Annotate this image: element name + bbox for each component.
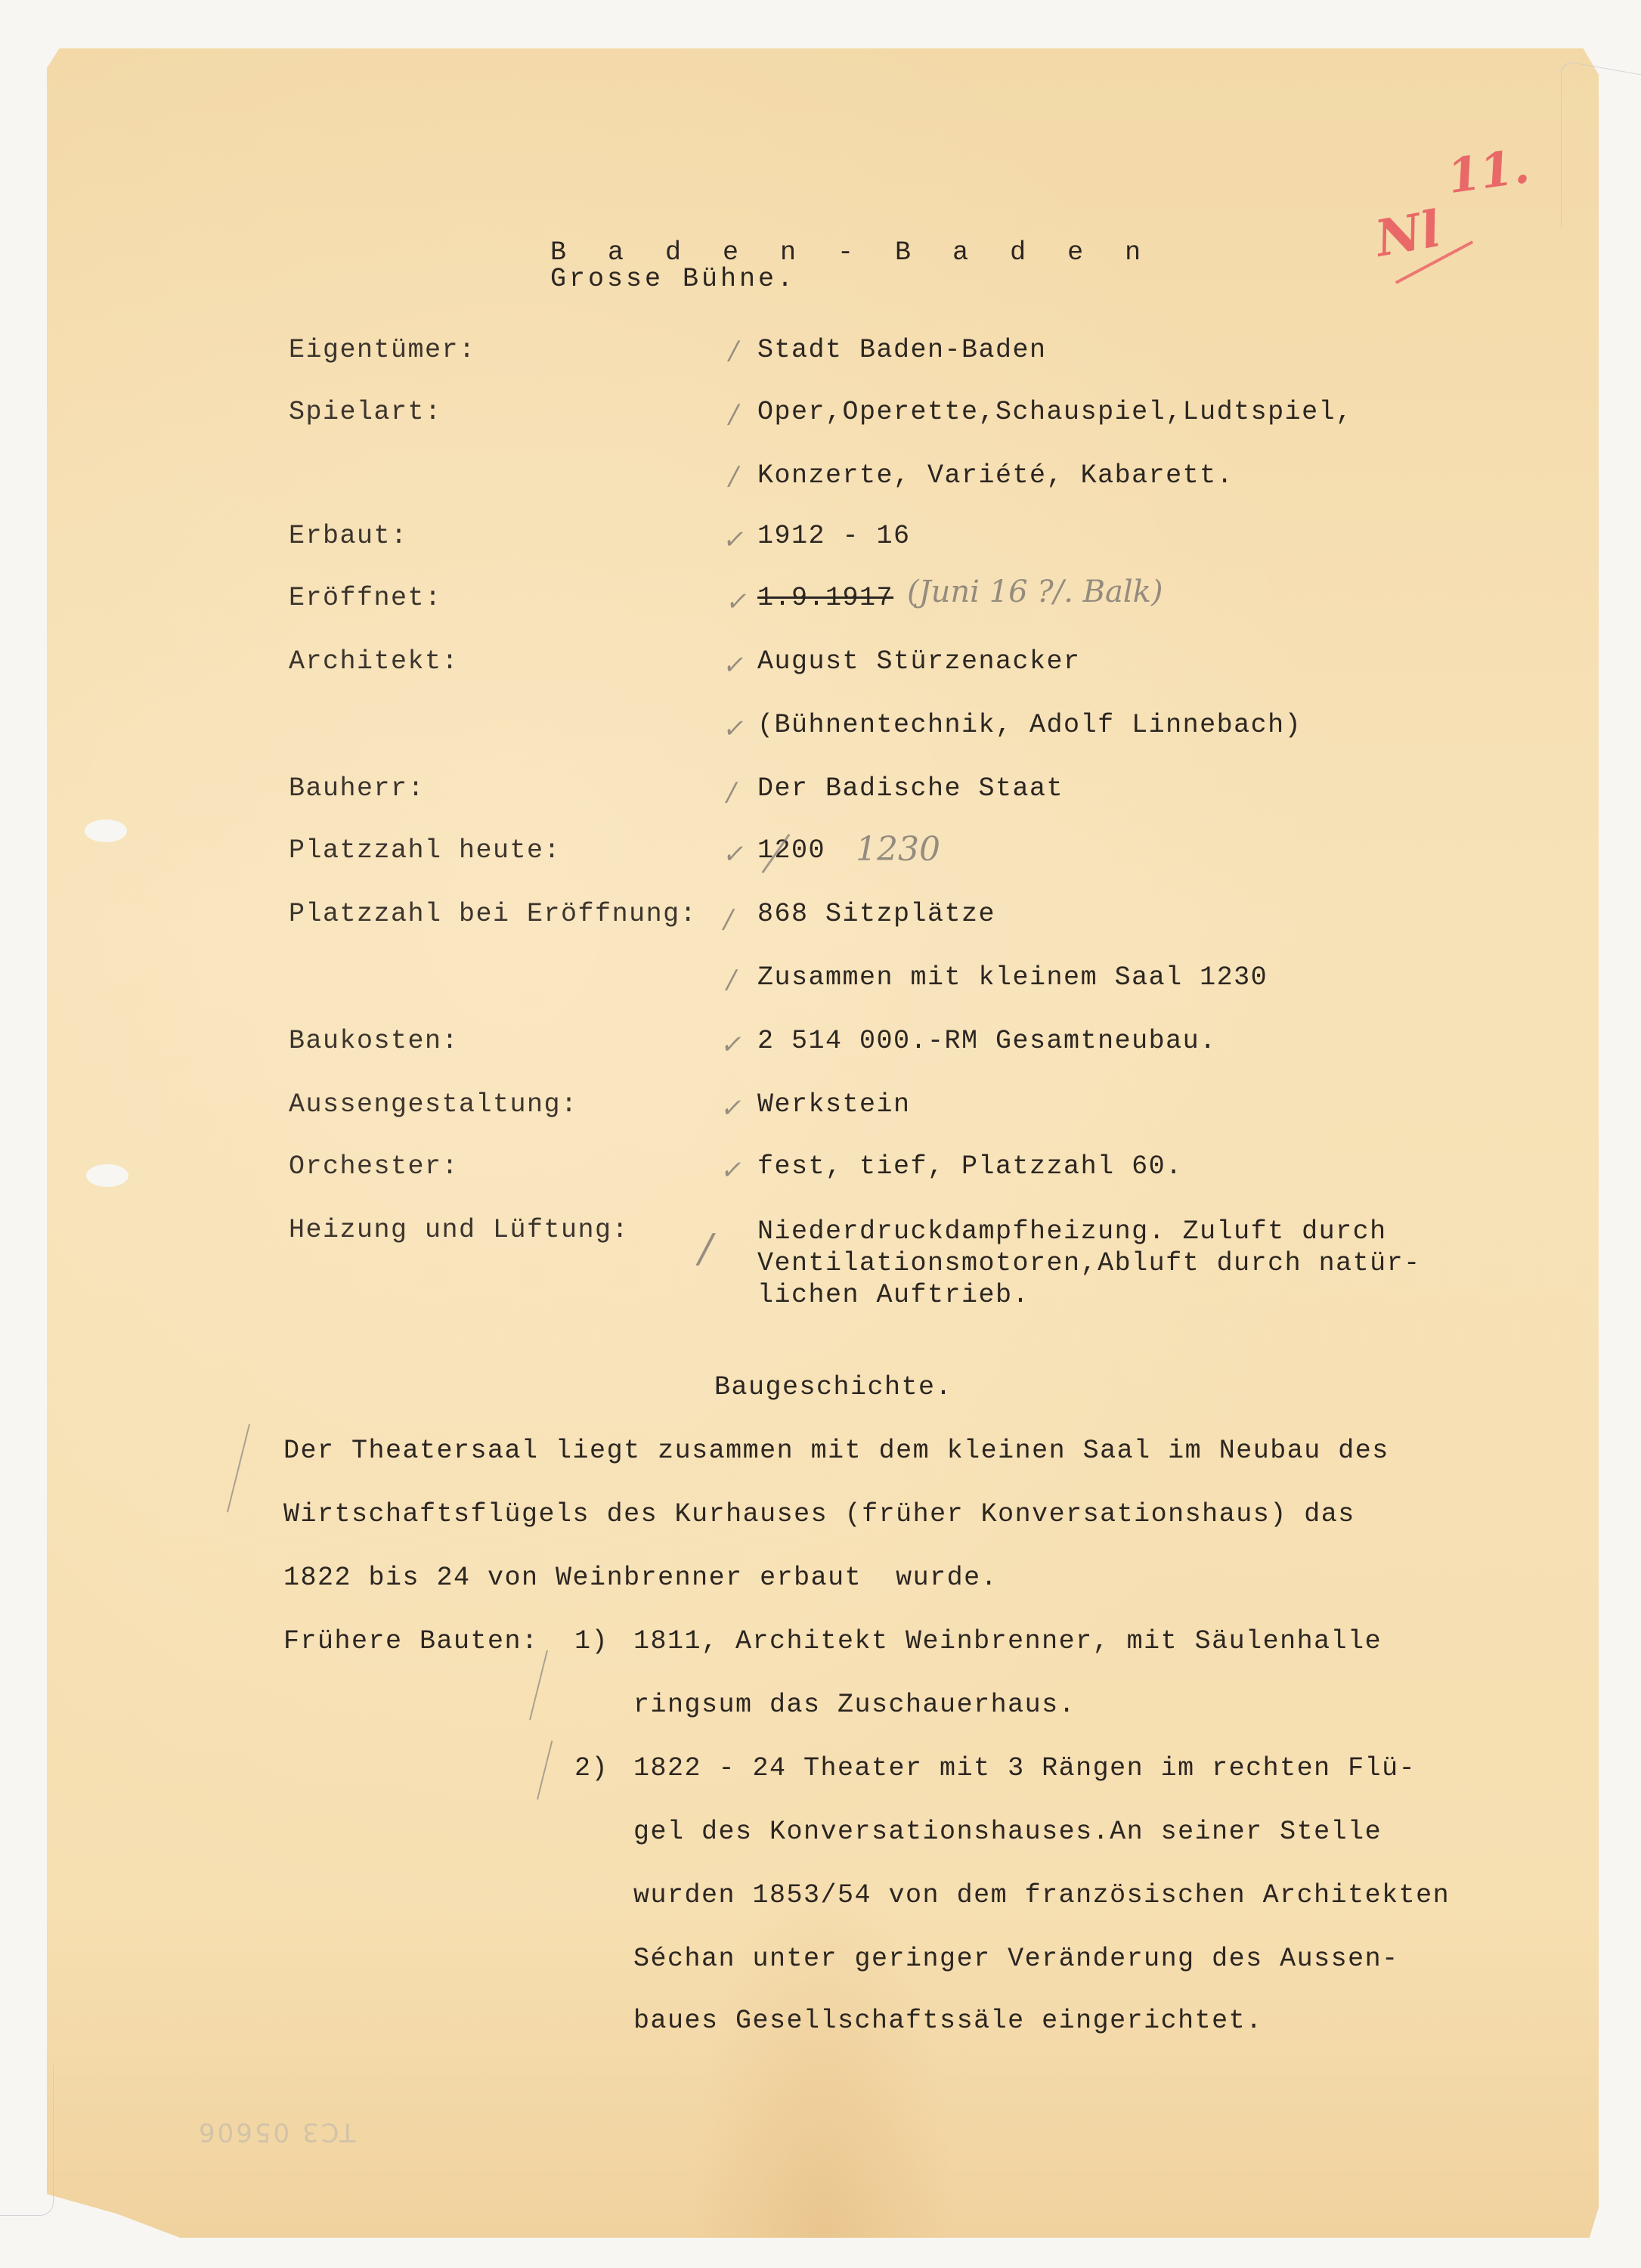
value-platzzahl-eroeffnung: 868 Sitzplätze xyxy=(757,901,995,928)
value-bauherr: Der Badische Staat xyxy=(757,776,1064,802)
history-line-1: Der Theatersaal liegt zusammen mit dem k… xyxy=(283,1438,1389,1464)
value-spielart-line1: Oper,Operette,Schauspiel,Ludtspiel, xyxy=(757,399,1353,426)
value-eroeffnet-struck: 1.9.1917 xyxy=(757,585,893,612)
value-orchester: fest, tief, Platzzahl 60. xyxy=(757,1154,1183,1180)
label-fruehere-bauten: Frühere Bauten: xyxy=(283,1628,539,1655)
label-orchester: Orchester: xyxy=(289,1154,459,1180)
label-platzzahl-heute: Platzzahl heute: xyxy=(289,838,561,864)
label-heizung-lueftung: Heizung und Lüftung: xyxy=(289,1217,629,1244)
earlier-item-1-line-1: 1811, Architekt Weinbrenner, mit Säulenh… xyxy=(633,1628,1382,1655)
earlier-item-1-number: 1) xyxy=(574,1628,608,1655)
title-city: B a d e n - B a d e n xyxy=(550,237,1153,268)
section-heading-baugeschichte: Baugeschichte. xyxy=(714,1374,952,1401)
label-erbaut: Erbaut: xyxy=(289,523,408,550)
label-baukosten: Baukosten: xyxy=(289,1028,459,1055)
history-line-2: Wirtschaftsflügels des Kurhauses (früher… xyxy=(283,1501,1355,1528)
sleeve-edge-right xyxy=(1561,60,1641,246)
value-baukosten: 2 514 000.-RM Gesamtneubau. xyxy=(757,1028,1217,1055)
title-venue: Grosse Bühne. xyxy=(550,264,796,294)
sleeve-edge-left xyxy=(0,2064,54,2216)
value-heizung-line1: Niederdruckdampfheizung. Zuluft durch xyxy=(757,1219,1387,1245)
earlier-item-2-line-4: Séchan unter geringer Veränderung des Au… xyxy=(633,1946,1399,1972)
value-eigentuemer: Stadt Baden-Baden xyxy=(757,337,1047,364)
punch-hole-bottom xyxy=(86,1164,128,1187)
red-initials: Nl xyxy=(1371,199,1445,268)
label-spielart: Spielart: xyxy=(289,399,442,426)
punch-hole-top xyxy=(85,820,127,842)
value-buehnentechnik: (Bühnentechnik, Adolf Linnebach) xyxy=(757,712,1302,739)
label-architekt: Architekt: xyxy=(289,649,459,675)
value-architekt: August Stürzenacker xyxy=(757,649,1081,675)
earlier-item-2-line-2: gel des Konversationshauses.An seiner St… xyxy=(633,1819,1382,1845)
earlier-item-2-line-3: wurden 1853/54 von dem französischen Arc… xyxy=(633,1882,1450,1909)
value-erbaut: 1912 - 16 xyxy=(757,523,911,550)
value-heizung-line2: Ventilationsmotoren,Abluft durch natür- xyxy=(757,1250,1421,1277)
value-heizung-line3: lichen Auftrieb. xyxy=(757,1282,1029,1309)
page-title: B a d e n - B a d e n Grosse Bühne. xyxy=(512,213,1153,293)
label-aussengestaltung: Aussengestaltung: xyxy=(289,1092,578,1118)
red-page-number: 11. xyxy=(1444,138,1532,204)
label-eigentuemer: Eigentümer: xyxy=(289,337,476,364)
pencil-note-platzzahl: 1230 xyxy=(856,830,940,869)
faint-reverse-stamp: TC3 05606 xyxy=(197,2117,355,2147)
earlier-item-2-line-5: baues Gesellschaftssäle eingerichtet. xyxy=(633,2008,1263,2034)
earlier-item-1-line-2: ringsum das Zuschauerhaus. xyxy=(633,1692,1076,1718)
pencil-note-eroeffnet: (Juni 16 ?/. Balk) xyxy=(907,575,1163,609)
value-spielart-line2: Konzerte, Variété, Kabarett. xyxy=(757,463,1234,489)
label-platzzahl-eroeffnung: Platzzahl bei Eröffnung: xyxy=(289,901,697,928)
value-platzzahl-gesamt: Zusammen mit kleinem Saal 1230 xyxy=(757,965,1268,991)
history-line-3: 1822 bis 24 von Weinbrenner erbaut wurde… xyxy=(283,1565,998,1591)
earlier-item-2-number: 2) xyxy=(574,1755,608,1782)
earlier-item-2-line-1: 1822 - 24 Theater mit 3 Rängen im rechte… xyxy=(633,1755,1416,1782)
label-bauherr: Bauherr: xyxy=(289,776,425,802)
label-eroeffnet: Eröffnet: xyxy=(289,585,442,612)
value-aussengestaltung: Werkstein xyxy=(757,1092,911,1118)
value-platzzahl-heute-struck: 1200 xyxy=(757,838,825,864)
